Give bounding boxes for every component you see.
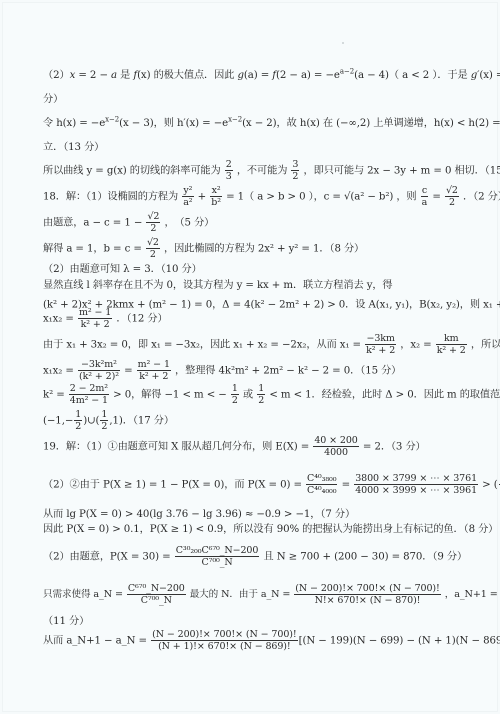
numerator: 1 — [74, 409, 82, 421]
numerator: √2 — [445, 185, 459, 197]
numerator: √2 — [146, 237, 160, 249]
fraction: −3k²m²(k² + 2)² — [78, 359, 120, 382]
denominator: a — [421, 197, 429, 208]
numerator: C⁴⁰₃₈₀₀ — [306, 473, 337, 485]
text: + — [198, 192, 206, 203]
numerator: (N − 200)!× 700!× (N − 700)! — [294, 583, 440, 595]
denominator: 2 — [146, 223, 160, 234]
fraction: kmk² + 2 — [436, 333, 467, 356]
numerator: 3 — [291, 159, 299, 171]
text: ．（2 分） — [463, 192, 500, 203]
text: 因此 P(X = 0) > 0.1，P(X ≥ 1) < 0.9，所以没有 90… — [43, 524, 498, 535]
fraction: ca — [421, 185, 429, 208]
text: 19．解：（1）①由题意可知 X 服从超几何分布，则 E(X) = — [43, 442, 309, 453]
text-line: x₁x₂ = −3k²m²(k² + 2)² = m² − 1k² + 2 ，整… — [43, 359, 489, 382]
text: 且 N ≥ 700 + (200 − 30) = 870．（9 分） — [263, 552, 467, 563]
text: ，不可能为 — [237, 166, 287, 177]
text: 令 h(x) = −e — [43, 118, 105, 129]
text: = — [432, 192, 440, 203]
numerator: 1 — [257, 383, 265, 395]
denominator: a² — [182, 197, 193, 208]
fraction: 12 — [231, 383, 239, 406]
text: < m < 1．经检验，此时 Δ > 0．因此 m 的取值范围是 — [269, 390, 500, 401]
text: 分） — [43, 94, 63, 105]
text: 是 — [117, 70, 133, 81]
denominator: b² — [210, 197, 222, 208]
fraction: 12 — [74, 409, 82, 432]
text: (−1,− — [43, 416, 73, 427]
text-line: 由于 x₁ + 3x₂ = 0，即 x₁ = −3x₂，因此 x₁ + x₂ =… — [43, 333, 489, 356]
text-line: 从而 a_N+1 − a_N = (N − 200)!× 700!× (N − … — [43, 629, 489, 652]
numerator: 1 — [231, 383, 239, 395]
math: (2 − a) = −e — [276, 70, 340, 81]
text-line: k² = 2 − 2m²4m² − 1 > 0，解得 −1 < m < − 12… — [43, 383, 489, 406]
text: = 2．（3 分） — [363, 442, 426, 453]
fraction: 3800 × 3799 × ⋯ × 37614000 × 3999 × ⋯ × … — [354, 473, 478, 496]
numerator: m² − 1 — [78, 307, 112, 319]
text: x₁x₂ = — [43, 314, 74, 325]
text: 最大的 N．由于 a_N = — [190, 589, 291, 600]
fraction: 12 — [100, 409, 108, 432]
denominator: 4000 — [313, 447, 358, 458]
text-line: 由题意，a − c = 1 − √22 ， （5 分） — [43, 211, 489, 234]
text: (a − 4)（ a < 2 ）．于是 — [354, 70, 471, 81]
text: 显然直线 l 斜率存在且不为 0，设其方程为 y = kx + m．联立方程消去… — [43, 280, 393, 291]
fraction: y²a² — [182, 185, 193, 208]
fraction: 2 − 2m²4m² − 1 — [69, 383, 109, 406]
text-line: 从而 lg P(X = 0) > 40(lg 3.76 − lg 3.96) ≈… — [43, 508, 489, 521]
text: 或 — [243, 390, 253, 401]
fraction: 12 — [257, 383, 265, 406]
text: 所以曲线 y = g(x) 的切线的斜率可能为 — [43, 166, 221, 177]
fraction: C⁴⁰₃₈₀₀C⁴⁰₄₀₀₀ — [306, 473, 337, 496]
text: 立．（13 分） — [43, 142, 104, 153]
numerator: 3800 × 3799 × ⋯ × 3761 — [354, 473, 478, 485]
text: ，因此椭圆的方程为 2x² + y² = 1．（8 分） — [164, 244, 364, 255]
text: = — [124, 366, 132, 377]
numerator: √2 — [146, 211, 160, 223]
fraction: x²b² — [210, 185, 222, 208]
fraction: (N − 200)!× 700!× (N − 700)!(N + 1)!× 67… — [151, 629, 297, 652]
text: 解得 a = 1，b = c = — [43, 244, 142, 255]
fraction: √22 — [146, 237, 160, 260]
fraction: 40 × 2004000 — [313, 435, 358, 458]
fraction: m² − 1k² + 2 — [137, 359, 171, 382]
text: x₁x₂ = — [43, 366, 74, 377]
text: 只需求使得 a_N = — [43, 589, 123, 600]
scan-dot — [342, 42, 344, 44]
text: ，a_N+1 = — [445, 589, 498, 600]
denominator: C⁷⁰⁰_N — [127, 595, 186, 606]
text-line: 显然直线 l 斜率存在且不为 0，设其方程为 y = kx + m．联立方程消去… — [43, 279, 489, 292]
numerator: (N − 200)!× 700!× (N − 700)! — [151, 629, 297, 641]
numerator: c — [421, 185, 429, 197]
text-line: 令 h(x) = −ex−2(x − 3)，则 h′(x) = −ex−2(x … — [43, 117, 489, 130]
text: > 0，解得 −1 < m < − — [113, 390, 227, 401]
denominator: N!× 670!× (N − 870)! — [294, 595, 440, 606]
numerator: m² − 1 — [137, 359, 171, 371]
fraction: C³⁰₂₀₀C⁶⁷⁰_N−200C⁷⁰⁰_N — [175, 545, 260, 568]
denominator: k² + 2 — [365, 345, 396, 356]
numerator: C³⁰₂₀₀C⁶⁷⁰_N−200 — [175, 545, 260, 557]
denominator: (k² + 2)² — [78, 371, 120, 382]
text-line: 解得 a = 1，b = c = √22 ，因此椭圆的方程为 2x² + y² … — [43, 237, 489, 260]
fraction: −3kmk² + 2 — [365, 333, 396, 356]
exponent: x−2 — [228, 116, 242, 124]
text: 由题意，a − c = 1 − — [43, 218, 142, 229]
text-line: （2）②由于 P(X ≥ 1) = 1 − P(X = 0)，而 P(X = 0… — [43, 473, 489, 496]
text-line: （11 分） — [43, 615, 489, 628]
text: ．（12 分） — [116, 314, 167, 325]
numerator: 1 — [100, 409, 108, 421]
fraction: 32 — [291, 159, 299, 182]
text-line: 19．解：（1）①由题意可知 X 服从超几何分布，则 E(X) = 40 × 2… — [43, 435, 489, 458]
text: [(N − 199)(N − 699) − (N + 1)(N − 869)] — [299, 636, 500, 647]
text: ，所以 — [471, 340, 500, 351]
numerator: x² — [210, 185, 222, 197]
denominator: 4m² − 1 — [69, 395, 109, 406]
exponent: x−2 — [105, 116, 119, 124]
numerator: 2 − 2m² — [69, 383, 109, 395]
denominator: k² + 2 — [436, 345, 467, 356]
denominator: 2 — [231, 395, 239, 406]
denominator: (N + 1)!× 670!× (N − 869)! — [151, 641, 297, 652]
denominator: C⁷⁰⁰_N — [175, 557, 260, 568]
denominator: k² + 2 — [78, 319, 112, 330]
text-line: (−1,−12)∪(12,1)．（17 分） — [43, 409, 489, 432]
fraction: C⁶⁷⁰_N−200C⁷⁰⁰_N — [127, 583, 186, 606]
text: > ( — [482, 480, 497, 491]
text: 由于 x₁ + 3x₂ = 0，即 x₁ = −3x₂，因此 x₁ + x₂ =… — [43, 340, 361, 351]
numerator: km — [436, 333, 467, 345]
numerator: 2 — [225, 159, 233, 171]
text: （2）由题意，P(X = 30) = — [43, 552, 171, 563]
math: (a) = — [244, 70, 272, 81]
text: (x − 2)，故 h(x) 在 (−∞,2) 上单调递增，h(x) < h(2… — [242, 118, 500, 129]
document-page: （2）x = 2 − a 是 f(x) 的极大值点．因此 g(a) = f(2 … — [2, 2, 498, 712]
numerator: y² — [182, 185, 193, 197]
text-line: 只需求使得 a_N = C⁶⁷⁰_N−200C⁷⁰⁰_N 最大的 N．由于 a_… — [43, 583, 489, 606]
numerator: −3k²m² — [78, 359, 120, 371]
text: ,1)．（17 分） — [109, 416, 174, 427]
numerator: −3km — [365, 333, 396, 345]
text: （2） — [43, 70, 70, 81]
text-line: 所以曲线 y = g(x) 的切线的斜率可能为 23 ，不可能为 32 ，即只可… — [43, 159, 489, 182]
exponent: a−2 — [340, 68, 354, 76]
text-line: 立．（13 分） — [43, 141, 489, 154]
text-line: 18．解：（1）设椭圆的方程为 y²a² + x²b² = 1（ a > b >… — [43, 185, 489, 208]
math: (x) = −e — [479, 70, 500, 81]
text-line: 因此 P(X = 0) > 0.1，P(X ≥ 1) < 0.9，所以没有 90… — [43, 523, 489, 536]
text: 18．解：（1）设椭圆的方程为 — [43, 192, 178, 203]
numerator: C⁶⁷⁰_N−200 — [127, 583, 186, 595]
text: ， （5 分） — [165, 218, 215, 229]
denominator: 2 — [291, 171, 299, 182]
fraction: 23 — [225, 159, 233, 182]
text: = 1（ a > b > 0 ），c = √(a² − b²) ，则 — [226, 192, 416, 203]
text: （11 分） — [43, 616, 89, 627]
text: (x − 3)，则 h′(x) = −e — [119, 118, 228, 129]
text-line: （2）由题意可知 λ = 3．（10 分） — [43, 263, 489, 276]
text: （2）②由于 P(X ≥ 1) = 1 − P(X = 0)，而 P(X = 0… — [43, 480, 302, 491]
denominator: 2 — [146, 249, 160, 260]
denominator: 2 — [445, 197, 459, 208]
numerator: 40 × 200 — [313, 435, 358, 447]
denominator: 2 — [100, 421, 108, 432]
fraction: √22 — [146, 211, 160, 234]
denominator: 3 — [225, 171, 233, 182]
denominator: 4000 × 3999 × ⋯ × 3961 — [354, 485, 478, 496]
fraction: m² − 1k² + 2 — [78, 307, 112, 330]
text: 从而 lg P(X = 0) > 40(lg 3.76 − lg 3.96) ≈… — [43, 509, 355, 520]
text-line: x₁x₂ = m² − 1k² + 2 ．（12 分） — [43, 307, 489, 330]
fraction: √22 — [445, 185, 459, 208]
text: )∪( — [83, 416, 99, 427]
math: = 2 − — [75, 70, 111, 81]
text: ，整理得 4k²m² + 2m² − k² − 2 = 0．（15 分） — [175, 366, 401, 377]
text: k² = — [43, 390, 65, 401]
denominator: k² + 2 — [137, 371, 171, 382]
text-line: （2）x = 2 − a 是 f(x) 的极大值点．因此 g(a) = f(2 … — [43, 69, 489, 82]
denominator: 2 — [257, 395, 265, 406]
denominator: C⁴⁰₄₀₀₀ — [306, 485, 337, 496]
text: ，x₂ = — [400, 340, 431, 351]
fraction: (N − 200)!× 700!× (N − 700)!N!× 670!× (N… — [294, 583, 440, 606]
text-line: 分） — [43, 93, 489, 106]
text: （2）由题意可知 λ = 3．（10 分） — [43, 264, 202, 275]
text: 从而 a_N+1 − a_N = — [43, 636, 147, 647]
text: ，即只可能与 2x − 3y + m = 0 相切．（15 分） — [304, 166, 500, 177]
text: = — [342, 480, 350, 491]
text-line: （2）由题意，P(X = 30) = C³⁰₂₀₀C⁶⁷⁰_N−200C⁷⁰⁰_… — [43, 545, 489, 568]
denominator: 2 — [74, 421, 82, 432]
text: (x) 的极大值点．因此 — [137, 70, 237, 81]
